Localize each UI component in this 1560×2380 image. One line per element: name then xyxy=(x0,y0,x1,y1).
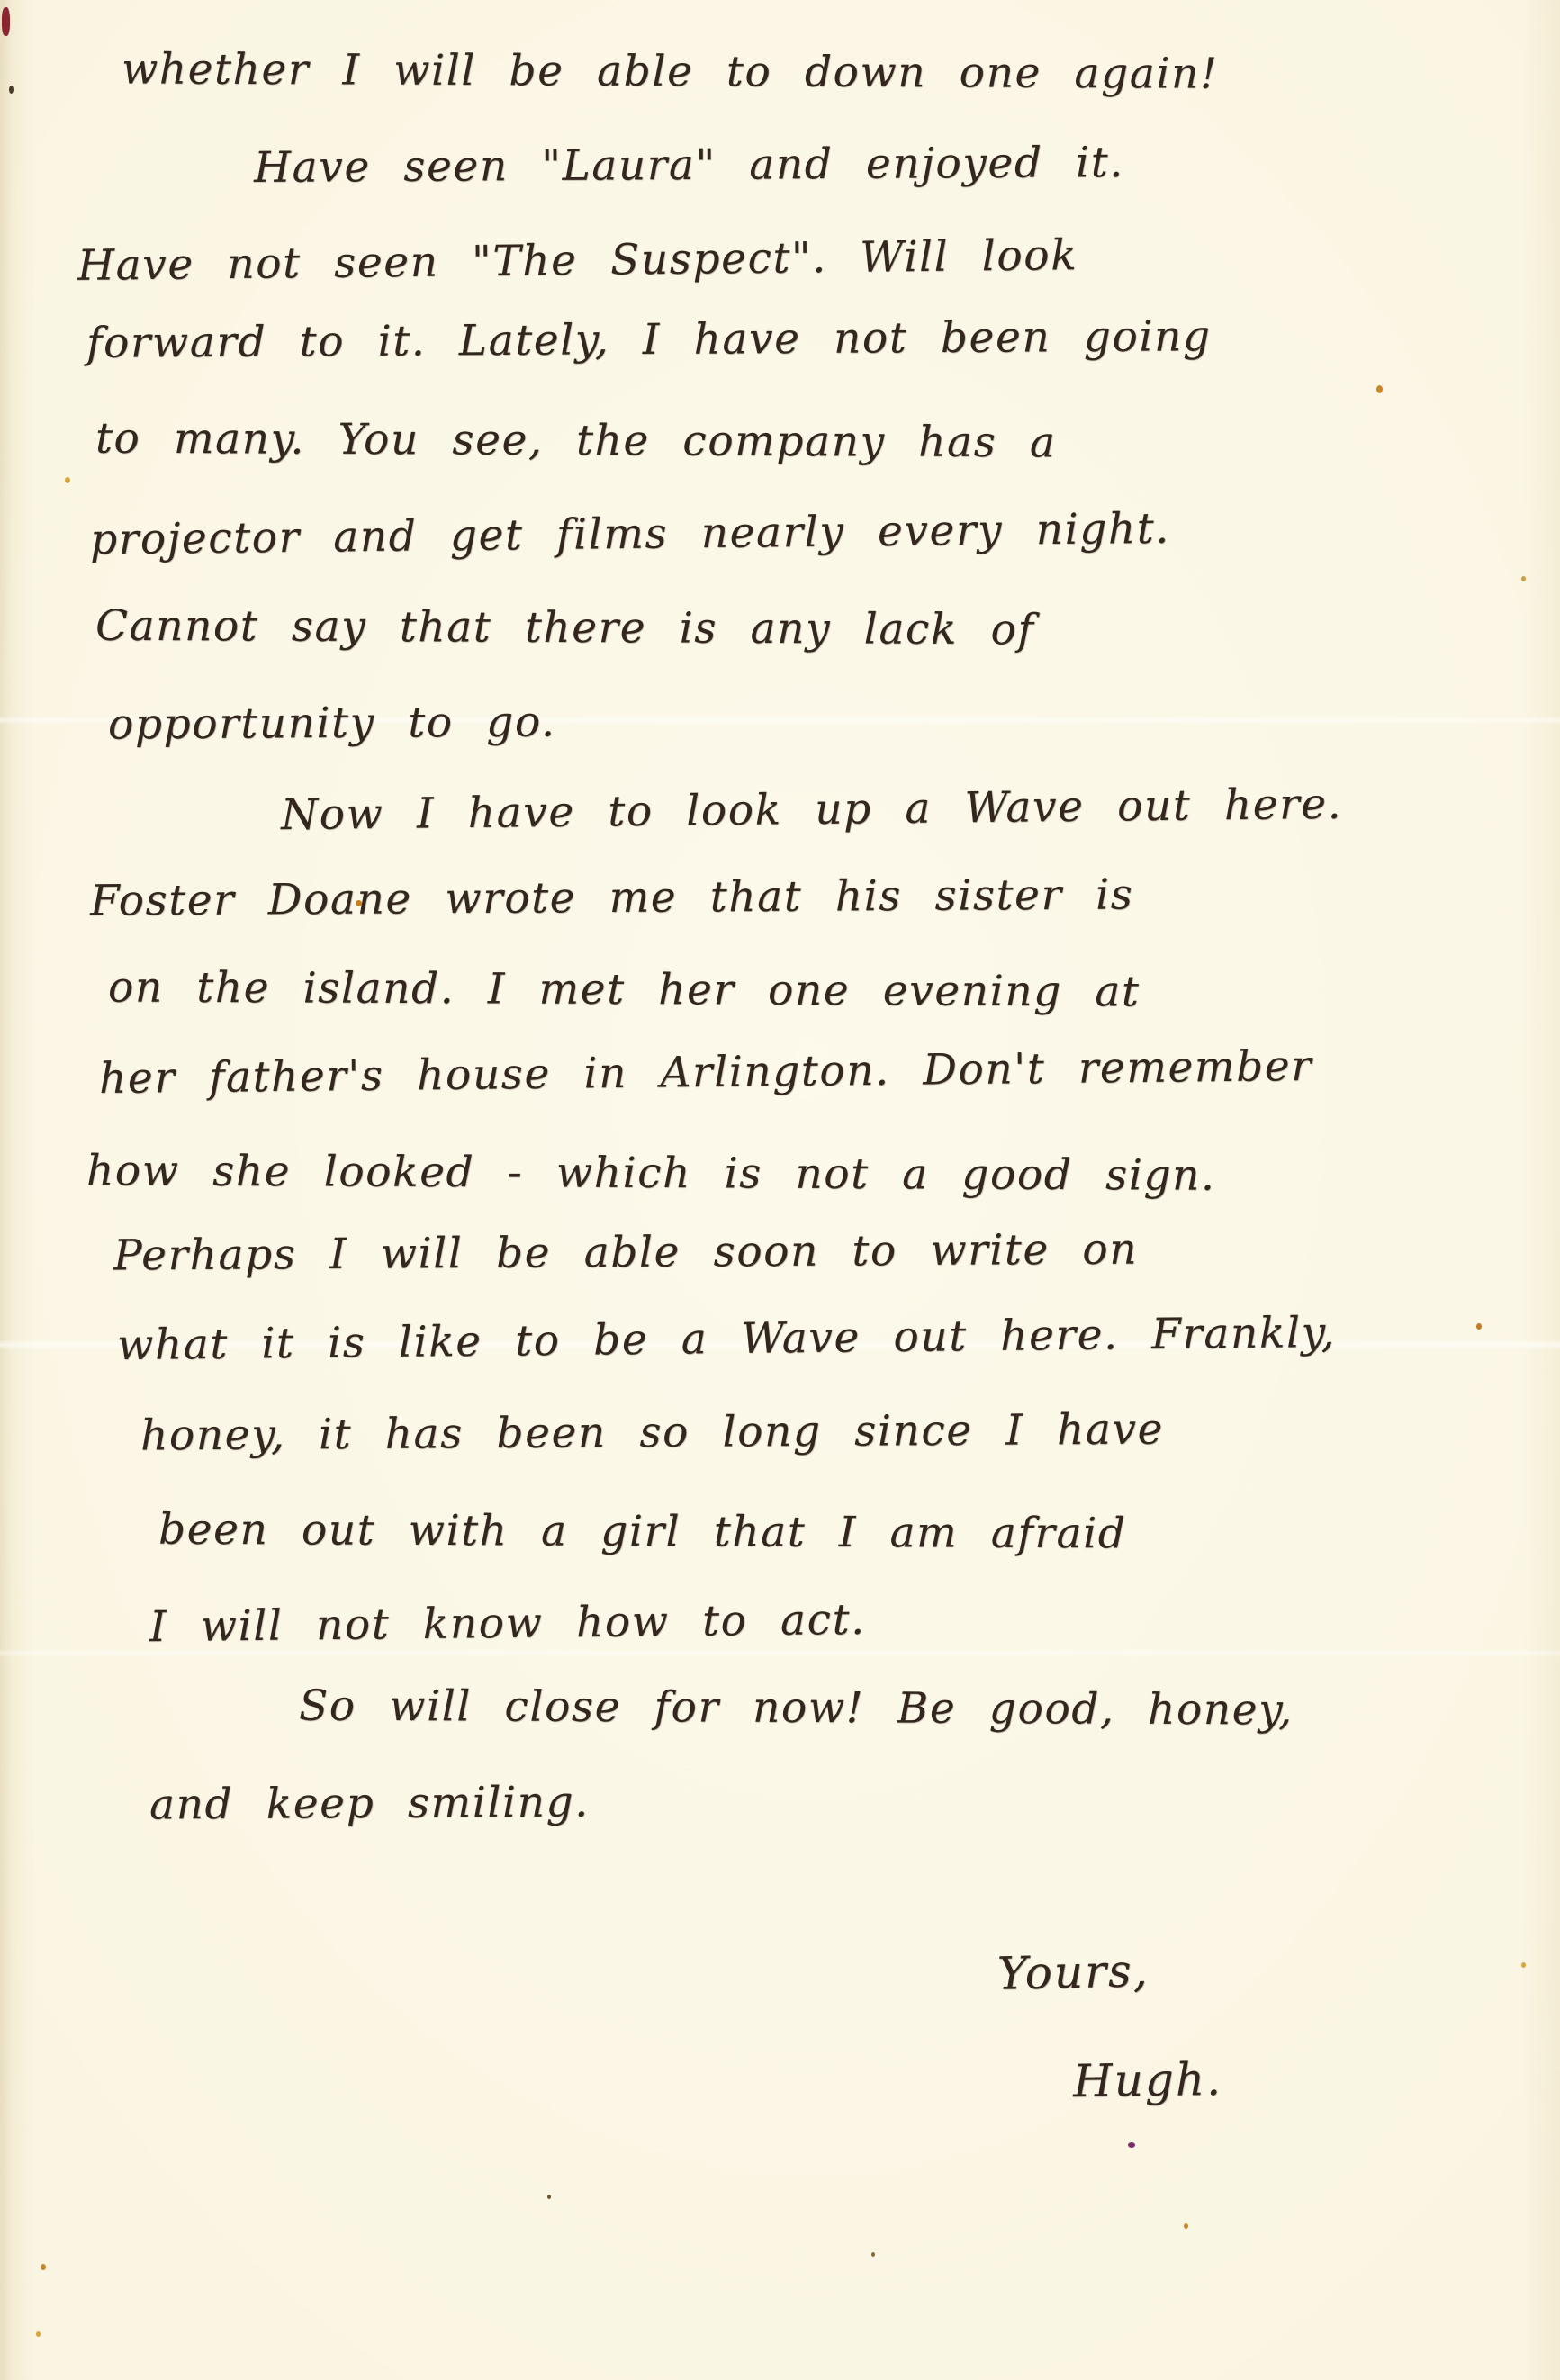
handwriting-line: I will not know how to act. xyxy=(149,1591,866,1656)
handwriting-line: honey, it has been so long since I have xyxy=(140,1402,1164,1465)
handwriting-line: Have seen "Laura" and enjoyed it. xyxy=(254,134,1124,197)
handwriting-line: whether I will be able to down one again… xyxy=(122,41,1219,103)
paper-speck xyxy=(41,2264,46,2270)
letter-page: whether I will be able to down one again… xyxy=(0,0,1560,2380)
paper-speck xyxy=(871,2252,875,2257)
handwriting-line: Now I have to look up a Wave out here. xyxy=(281,776,1343,844)
handwriting-line: opportunity to go. xyxy=(108,693,556,753)
handwriting-line: and keep smiling. xyxy=(149,1774,590,1835)
handwriting-line: been out with a girl that I am afraid xyxy=(158,1501,1127,1564)
closing-salutation: Yours, xyxy=(996,1944,1150,2000)
paper-speck xyxy=(1521,576,1526,581)
paper-speck xyxy=(1476,1323,1482,1330)
paper-speck xyxy=(1376,385,1383,393)
handwriting-line: to many. You see, the company has a xyxy=(95,410,1057,473)
handwriting-line: projector and get films nearly every nig… xyxy=(90,500,1170,570)
paper-speck xyxy=(2,7,10,36)
handwriting-line: her father's house in Arlington. Don't r… xyxy=(99,1038,1313,1108)
paper-speck xyxy=(9,86,14,94)
signature: Hugh. xyxy=(1073,2053,1223,2107)
handwriting-line: Have not seen "The Suspect". Will look xyxy=(77,227,1078,295)
paper-speck xyxy=(1521,1962,1526,1968)
handwriting-line: how she looked - which is not a good sig… xyxy=(86,1142,1216,1204)
handwriting-line: forward to it. Lately, I have not been g… xyxy=(86,308,1212,373)
handwriting-line: Cannot say that there is any lack of xyxy=(95,598,1035,660)
handwriting-line: on the island. I met her one evening at xyxy=(108,959,1141,1021)
handwriting-line: what it is like to be a Wave out here. F… xyxy=(117,1304,1337,1375)
paper-speck xyxy=(1184,2223,1188,2229)
handwriting-line: Foster Doane wrote me that his sister is xyxy=(90,866,1134,930)
paper-speck xyxy=(36,2331,41,2337)
paper-speck xyxy=(65,477,70,483)
paper-speck xyxy=(1128,2142,1135,2148)
paper-speck xyxy=(547,2195,551,2199)
handwriting-line: So will close for now! Be good, honey, xyxy=(299,1678,1294,1740)
handwriting-line: Perhaps I will be able soon to write on xyxy=(113,1222,1138,1285)
